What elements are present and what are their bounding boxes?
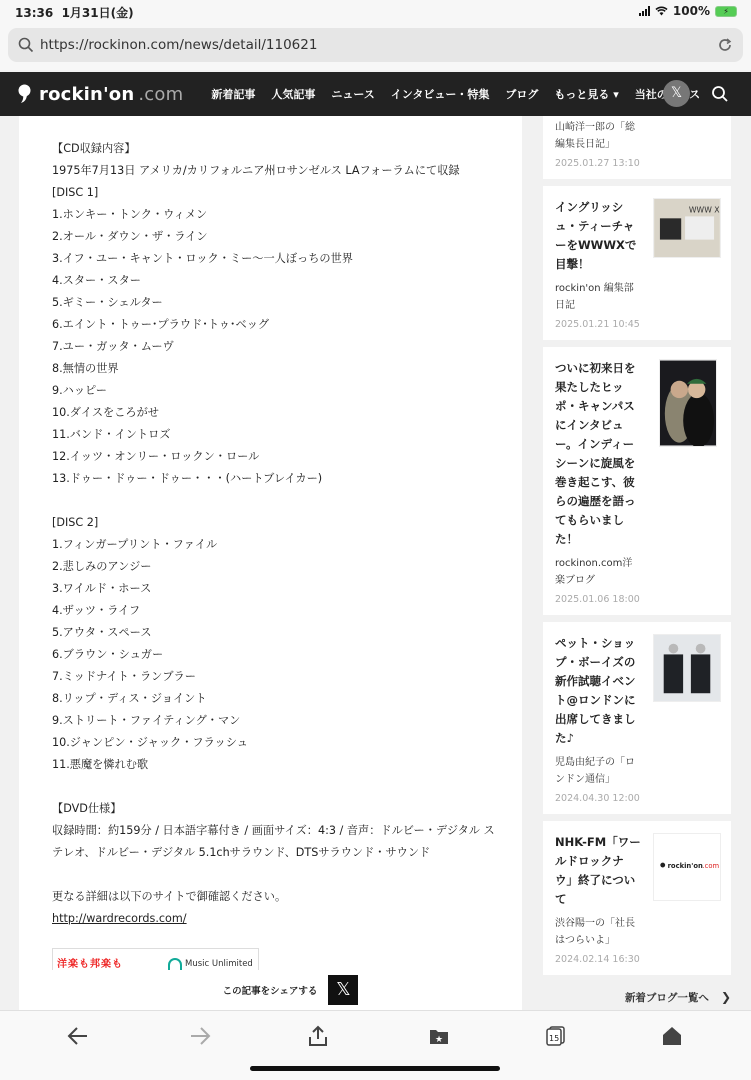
status-time: 13:36 1月31日(金) [15, 4, 134, 21]
search-icon [18, 37, 34, 53]
article-line: 3.イフ・ユー・キャント・ロック・ミー〜一人ぼっちの世界 [52, 248, 522, 270]
svg-text:rockin'on: rockin'on [668, 862, 703, 870]
blog-card-source: rockinon.com洋楽ブログ [555, 555, 641, 589]
forward-button[interactable] [187, 1023, 213, 1049]
article-line: 更なる詳細は以下のサイトで御確認ください。 [52, 886, 522, 908]
chevron-right-icon: ❯ [721, 990, 731, 1004]
blog-card[interactable]: ついに初来日を果たしたヒッポ・キャンパスにインタビュー。インディーシーンに旋風を… [543, 347, 731, 615]
blog-sidebar: 山崎洋一郎の「総編集長日記」 2025.01.27 13:10 イングリッシュ・… [543, 116, 731, 1005]
blog-card-date: 2025.01.06 18:00 [555, 594, 719, 605]
article-line: 12.イッツ・オンリー・ロックン・ロール [52, 446, 522, 468]
home-icon [662, 1026, 682, 1046]
pet-shop-boys-thumbnail-image[interactable] [653, 634, 721, 702]
blog-card-date: 2024.04.30 12:00 [555, 793, 719, 804]
article-line: 1.ホンキー・トンク・ウィメン [52, 204, 522, 226]
home-button[interactable] [659, 1023, 685, 1049]
article-content: 【CD収録内容】1975年7月13日 アメリカ/カリフォルニア州ロサンゼルス L… [19, 116, 522, 1010]
svg-text:WWW X: WWW X [689, 206, 720, 215]
tabs-icon: 15 [546, 1026, 566, 1046]
nav-new-articles[interactable]: 新着記事 [211, 86, 255, 102]
share-x-button[interactable]: 𝕏 [328, 975, 358, 1005]
article-line: 6.エイント・トゥー･プラウド･トゥ･ベッグ [52, 314, 522, 336]
blog-card[interactable]: イングリッシュ・ティーチャーをWWWXで目撃！ rockin'on 編集部日記 … [543, 186, 731, 340]
article-line: 2.悲しみのアンジー [52, 556, 522, 578]
article-body: 【CD収録内容】1975年7月13日 アメリカ/カリフォルニア州ロサンゼルス L… [19, 116, 522, 970]
home-indicator[interactable] [250, 1066, 500, 1071]
blog-card-title[interactable]: イングリッシュ・ティーチャーをWWWXで目撃！ [555, 198, 641, 274]
article-line: 2.オール・ダウン・ザ・ライン [52, 226, 522, 248]
blog-card-title[interactable]: ついに初来日を果たしたヒッポ・キャンパスにインタビュー。インディーシーンに旋風を… [555, 359, 641, 549]
nav-more[interactable]: もっと見る ▾ [554, 86, 618, 102]
article-line: 4.ザッツ・ライフ [52, 600, 522, 622]
article-line: 8.リップ・ディス・ジョイント [52, 688, 522, 710]
url-text[interactable]: https://rockinon.com/news/detail/110621 [40, 37, 717, 53]
article-line: 10.ジャンピン・ジャック・フラッシュ [52, 732, 522, 754]
nav-interviews[interactable]: インタビュー・特集 [391, 86, 490, 102]
article-line: 13.ドゥー・ドゥー・ドゥー・・・(ハートブレイカー) [52, 468, 522, 490]
blank-line [52, 490, 522, 512]
browser-toolbar: https://rockinon.com/news/detail/110621 [0, 24, 751, 70]
blog-card-partial[interactable]: 山崎洋一郎の「総編集長日記」 2025.01.27 13:10 [543, 116, 731, 179]
article-line: 9.ハッピー [52, 380, 522, 402]
blog-card-title[interactable]: ペット・ショップ・ボーイズの新作試聴イベント@ロンドンに出席してきました♪ [555, 634, 641, 748]
bookmarks-button[interactable]: ★ [426, 1023, 452, 1049]
blog-card-source: 児島由紀子の「ロンドン通信」 [555, 754, 641, 788]
arrow-left-icon [67, 1027, 89, 1045]
article-line: 7.ユー・ガッタ・ムーヴ [52, 336, 522, 358]
blank-line [52, 776, 522, 798]
article-line: 11.悪魔を憐れむ歌 [52, 754, 522, 776]
blog-card-source: 渋谷陽一の「社長はつらいよ」 [555, 915, 641, 949]
article-line: 8.無情の世界 [52, 358, 522, 380]
share-label: この記事をシェアする [223, 983, 318, 997]
article-line: [DISC 1] [52, 182, 522, 204]
share-icon [308, 1025, 328, 1047]
battery-charging-icon: ⚡ [715, 6, 737, 17]
article-line: [DISC 2] [52, 512, 522, 534]
share-bar: この記事をシェアする 𝕏 [19, 972, 522, 1008]
article-line: 10.ダイスをころがせ [52, 402, 522, 424]
x-social-button[interactable]: 𝕏 [663, 80, 690, 107]
article-line: 11.バンド・イントロズ [52, 424, 522, 446]
article-line: 3.ワイルド・ホース [52, 578, 522, 600]
svg-text:.com: .com [703, 862, 720, 870]
share-button[interactable] [305, 1023, 331, 1049]
header-search-icon[interactable] [710, 84, 730, 104]
nav-blog[interactable]: ブログ [505, 86, 538, 102]
arrow-right-icon [189, 1027, 211, 1045]
article-line: 1.フィンガープリント・ファイル [52, 534, 522, 556]
wardrecords-link[interactable]: http://wardrecords.com/ [52, 912, 187, 925]
nav-popular[interactable]: 人気記事 [271, 86, 315, 102]
status-icons: 100% ⚡ [639, 4, 737, 18]
logo-mark-icon [18, 84, 31, 104]
music-unlimited-icon [168, 958, 182, 970]
blog-card[interactable]: NHK-FM「ワールドロックナウ」終了について 渋谷陽一の「社長はつらいよ」 2… [543, 821, 731, 975]
svg-text:15: 15 [549, 1034, 559, 1043]
rockinon-logo-thumbnail-image[interactable]: rockin'on.com [653, 833, 721, 901]
nav-news[interactable]: ニュース [331, 86, 374, 102]
site-logo[interactable]: rockin'on.com [18, 84, 183, 105]
site-header: rockin'on.com 新着記事 人気記事 ニュース インタビュー・特集 ブ… [0, 72, 751, 116]
blog-list-link[interactable]: 新着ブログ一覧へ❯ [543, 990, 731, 1005]
signal-icon [639, 6, 650, 16]
article-line: 収録時間：約159分 / 日本語字幕付き / 画面サイズ：4:3 / 音声：ドル… [52, 820, 522, 842]
battery-percent: 100% [673, 4, 710, 18]
address-bar[interactable]: https://rockinon.com/news/detail/110621 [8, 28, 743, 62]
article-line: 6.ブラウン・シュガー [52, 644, 522, 666]
main-nav: 新着記事 人気記事 ニュース インタビュー・特集 ブログ もっと見る ▾ 当社の… [211, 86, 716, 102]
article-line: 5.アウタ・スペース [52, 622, 522, 644]
tabs-button[interactable]: 15 [543, 1023, 569, 1049]
article-line: 【CD収録内容】 [52, 138, 522, 160]
article-line: 9.ストリート・ファイティング・マン [52, 710, 522, 732]
wwwx-thumbnail-image[interactable]: WWW X [653, 198, 721, 258]
wifi-icon [655, 6, 668, 16]
bookmark-folder-star-icon: ★ [429, 1027, 449, 1045]
back-button[interactable] [65, 1023, 91, 1049]
svg-text:★: ★ [435, 1035, 443, 1045]
hippo-campus-thumbnail-image[interactable] [659, 359, 717, 447]
article-line: 4.スター・スター [52, 270, 522, 292]
article-line: 5.ギミー・シェルター [52, 292, 522, 314]
blank-line [52, 864, 522, 886]
article-line: 1975年7月13日 アメリカ/カリフォルニア州ロサンゼルス LAフォーラムにて… [52, 160, 522, 182]
blog-card-date: 2024.02.14 16:30 [555, 954, 719, 965]
reload-icon[interactable] [717, 37, 733, 53]
article-line: 7.ミッドナイト・ランブラー [52, 666, 522, 688]
blog-card-date: 2025.01.21 10:45 [555, 319, 719, 330]
article-line: 【DVD仕様】 [52, 798, 522, 820]
blog-card[interactable]: ペット・ショップ・ボーイズの新作試聴イベント@ロンドンに出席してきました♪ 児島… [543, 622, 731, 814]
music-unlimited-banner[interactable]: 洋楽も邦楽も Music Unlimited [52, 948, 259, 970]
status-bar: 13:36 1月31日(金) 100% ⚡ [0, 0, 751, 24]
article-line: テレオ、ドルビー・デジタル 5.1chサラウンド、DTSサラウンド・サウンド [52, 842, 522, 864]
blog-card-source: rockin'on 編集部日記 [555, 280, 641, 314]
blog-card-title[interactable]: NHK-FM「ワールドロックナウ」終了について [555, 833, 641, 909]
